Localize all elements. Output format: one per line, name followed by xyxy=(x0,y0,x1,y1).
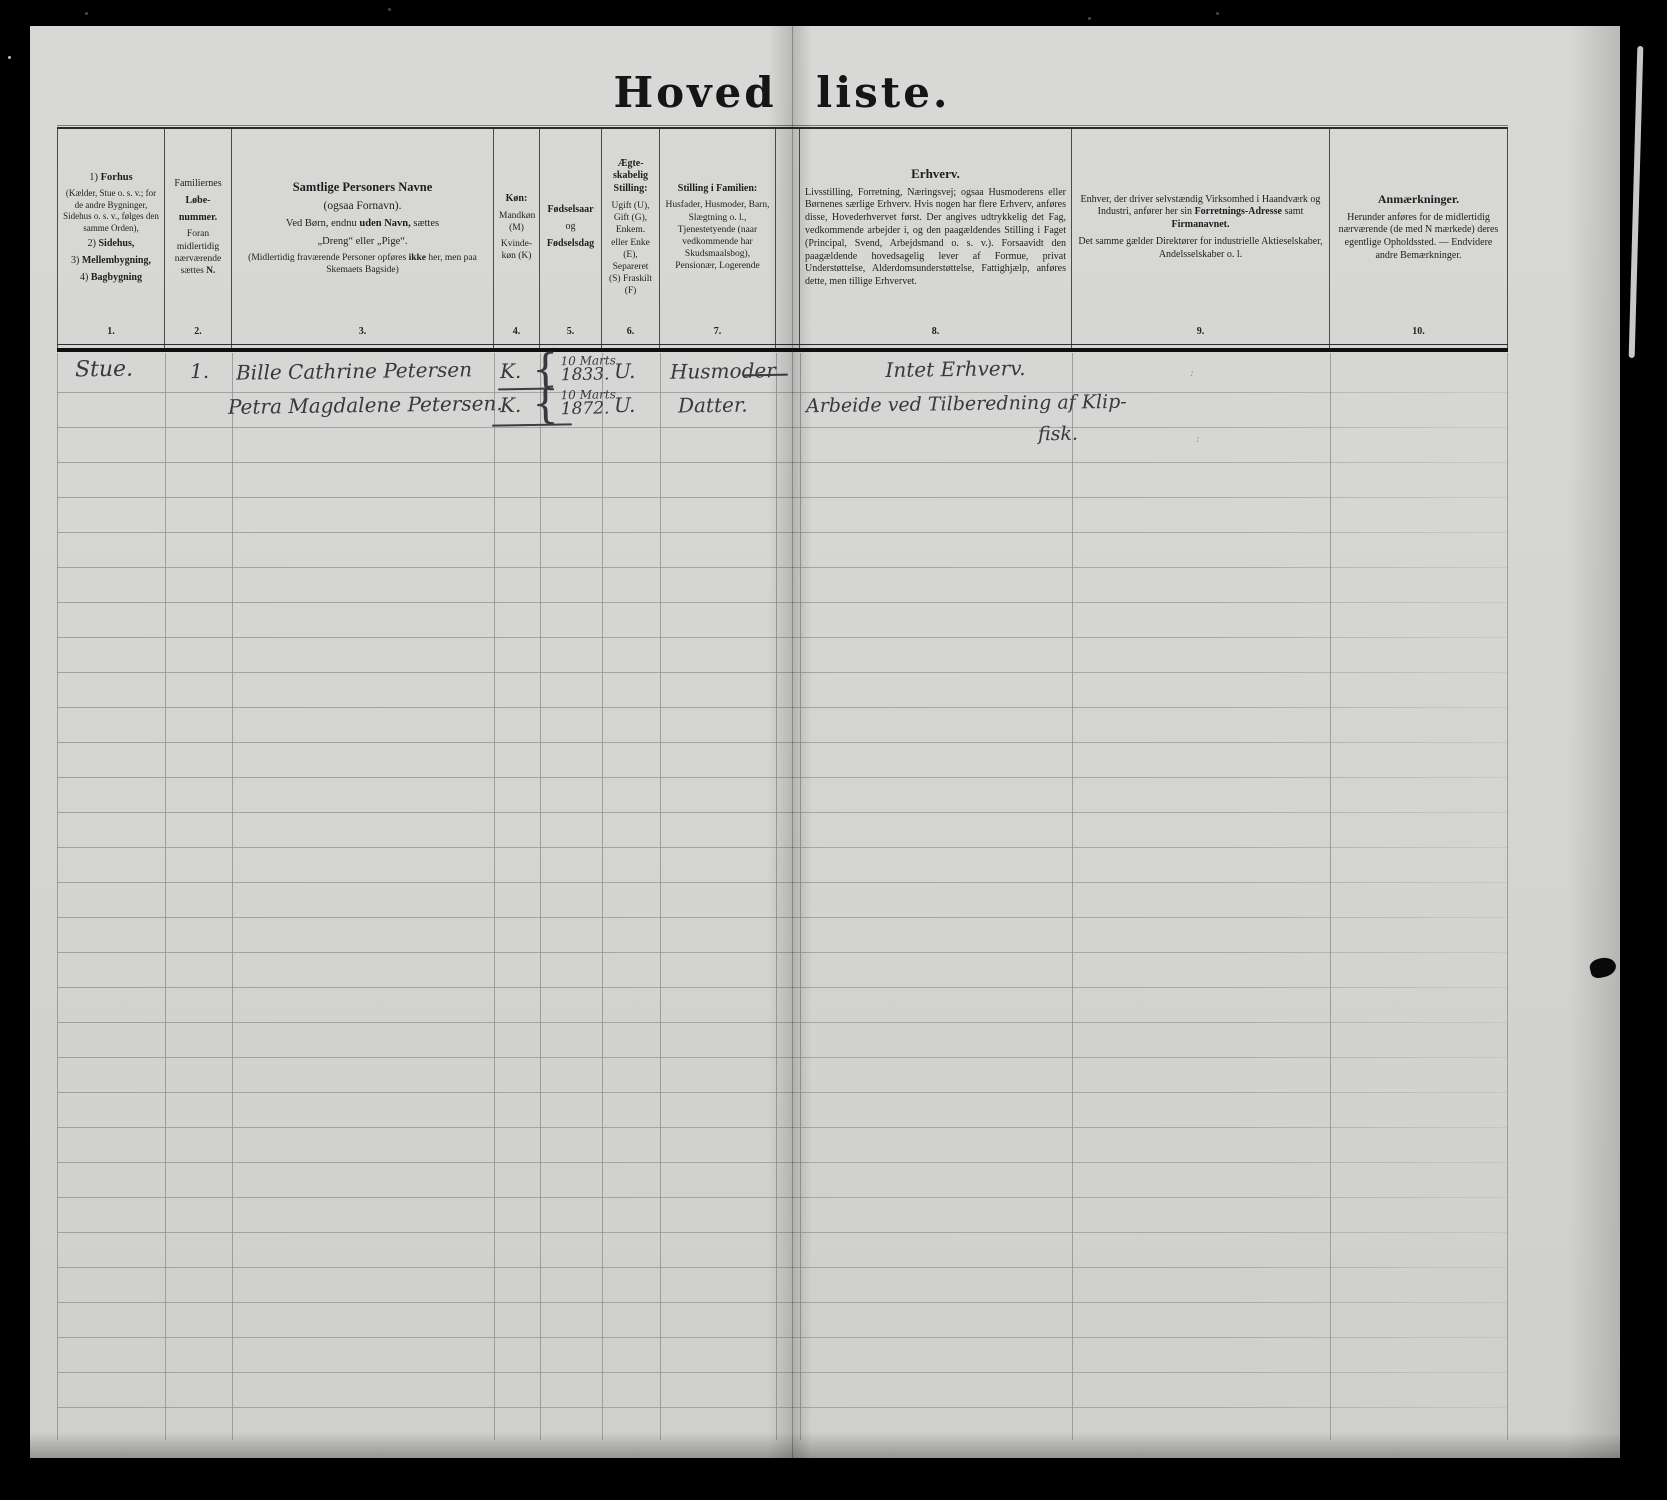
header-cell-aegteskabelig: Ægte-skabelig Stilling:Ugift (U), Gift (… xyxy=(602,129,660,348)
header-line: Erhverv. xyxy=(805,166,1066,183)
census-sheet-page: Hoved liste. 1) Forhus(Kælder, Stue o. s… xyxy=(30,26,1620,1458)
handwritten-building: Stue. xyxy=(75,358,133,383)
scan-background: { "page_title": "Hoved liste.", "colors"… xyxy=(0,0,1667,1500)
header-line: 1) Forhus xyxy=(63,171,159,184)
handwritten-marital: U. xyxy=(614,360,636,382)
header-cell-koen: Køn:Mandkøn (M)Kvinde-køn (K)4. xyxy=(494,129,540,348)
header-cell-text: Enhver, der driver selvstændig Virksomhe… xyxy=(1072,129,1329,326)
header-cell-adresse: Enhver, der driver selvstændig Virksomhe… xyxy=(1072,129,1330,348)
column-rule xyxy=(540,353,541,1440)
header-line: Herunder anføres for de midlertidig nærv… xyxy=(1335,212,1502,263)
column-rule xyxy=(1330,353,1331,1440)
header-line: Familiernes xyxy=(170,178,226,191)
header-line: Ægte-skabelig Stilling: xyxy=(607,158,654,196)
handwritten-sex: K. xyxy=(500,394,522,416)
header-line: Ugift (U), Gift (G), Enkem. eller Enke (… xyxy=(607,200,654,297)
column-rule xyxy=(1072,353,1073,1440)
handwritten-occupation-cont: fisk. xyxy=(1038,424,1078,445)
handwritten-occupation: Arbeide ved Tilberedning af Klip- xyxy=(806,392,1127,417)
header-cell-text: FødselsaarogFødselsdag xyxy=(540,129,601,326)
header-line: Fødselsdag xyxy=(545,238,596,251)
stray-ink-mark: : xyxy=(1190,366,1194,379)
header-line: „Dreng“ eller „Pige“. xyxy=(237,235,488,248)
header-line: (Midlertidig fraværende Personer opføres… xyxy=(237,252,488,276)
page-edge-shadow xyxy=(1568,26,1620,1458)
header-line: 3) Mellembygning, xyxy=(63,255,159,268)
handwritten-marital: U. xyxy=(614,394,636,416)
column-rule xyxy=(165,353,166,1440)
header-cell-text: Ægte-skabelig Stilling:Ugift (U), Gift (… xyxy=(602,129,659,326)
dust-speck xyxy=(85,12,88,15)
birth-year: 1872. xyxy=(561,400,617,418)
handwritten-position: Datter. xyxy=(678,394,748,417)
header-line: Enhver, der driver selvstændig Virksomhe… xyxy=(1077,194,1324,232)
header-line: (ogsaa Fornavn). xyxy=(237,199,488,214)
header-cell-erhverv: Erhverv.Livsstilling, Forretning, Næring… xyxy=(800,129,1072,348)
header-line: Løbe- xyxy=(170,195,226,208)
header-line: Stilling i Familien: xyxy=(665,183,770,196)
column-rule xyxy=(494,353,495,1440)
column-rule xyxy=(57,353,58,1440)
header-cell-text: Stilling i Familien:Husfader, Husmoder, … xyxy=(660,129,775,326)
handwritten-family-no: 1. xyxy=(190,360,209,382)
header-line: Mandkøn (M) xyxy=(499,210,534,234)
header-line: og xyxy=(545,221,596,234)
header-cell-foedsel: FødselsaarogFødselsdag5. xyxy=(540,129,602,348)
header-line: Kvinde-køn (K) xyxy=(499,238,534,262)
header-line: Anmærkninger. xyxy=(1335,192,1502,207)
header-line: Foran midlertidig nærværende sættes N. xyxy=(170,228,226,277)
header-cell-text: Erhverv.Livsstilling, Forretning, Næring… xyxy=(800,129,1071,326)
handwritten-name: Petra Magdalene Petersen. xyxy=(228,392,503,418)
header-line: Køn: xyxy=(499,193,534,206)
handwritten-occupation: Intet Erhverv. xyxy=(848,357,1063,382)
header-line: (Kælder, Stue o. s. v.; for de andre Byg… xyxy=(63,188,159,234)
handwritten-name: Bille Cathrine Petersen xyxy=(236,358,472,383)
header-cell-loebenummer: FamiliernesLøbe-nummer.Foran midlertidig… xyxy=(165,129,232,348)
header-cell-text: Anmærkninger.Herunder anføres for de mid… xyxy=(1330,129,1507,326)
column-rule xyxy=(1507,353,1508,1440)
header-line: 2) Sidehus, xyxy=(63,238,159,251)
neighbor-page-edge xyxy=(1629,46,1644,358)
header-cell-text: 1) Forhus(Kælder, Stue o. s. v.; for de … xyxy=(58,129,164,326)
stray-ink-mark: : xyxy=(1196,432,1200,445)
handwritten-position: Husmoder xyxy=(670,359,776,382)
book-fold-shadow xyxy=(768,26,812,1458)
header-cell-text: Samtlige Personers Navne(ogsaa Fornavn).… xyxy=(232,129,493,326)
header-line: Fødselsaar xyxy=(545,204,596,217)
page-bottom-shadow xyxy=(30,1432,1620,1458)
column-rule xyxy=(232,353,233,1440)
header-cell-bygning: 1) Forhus(Kælder, Stue o. s. v.; for de … xyxy=(57,129,165,348)
header-cell-anmaerkninger: Anmærkninger.Herunder anføres for de mid… xyxy=(1330,129,1508,348)
header-line: Samtlige Personers Navne xyxy=(237,179,488,195)
header-cell-text: FamiliernesLøbe-nummer.Foran midlertidig… xyxy=(165,129,231,326)
header-line: Ved Børn, endnu uden Navn, sættes xyxy=(237,217,488,230)
dust-speck xyxy=(388,8,391,11)
header-line: Det samme gælder Direktører for industri… xyxy=(1077,236,1324,262)
header-cell-text: Køn:Mandkøn (M)Kvinde-køn (K) xyxy=(494,129,539,326)
header-line: Husfader, Husmoder, Barn, Slægtning o. l… xyxy=(665,199,770,272)
dust-speck xyxy=(1088,17,1091,20)
header-cell-navne: Samtlige Personers Navne(ogsaa Fornavn).… xyxy=(232,129,494,348)
handwritten-sex: K. xyxy=(500,360,522,382)
header-line: Livsstilling, Forretning, Næringsvej; og… xyxy=(805,187,1066,289)
dust-speck xyxy=(8,56,11,59)
header-line: nummer. xyxy=(170,212,226,225)
header-cell-stilling: Stilling i Familien:Husfader, Husmoder, … xyxy=(660,129,776,348)
column-rule xyxy=(602,353,603,1440)
column-rule xyxy=(660,353,661,1440)
book-fold-line xyxy=(792,26,793,1458)
header-line: 4) Bagbygning xyxy=(63,272,159,285)
dust-speck xyxy=(1216,12,1219,15)
